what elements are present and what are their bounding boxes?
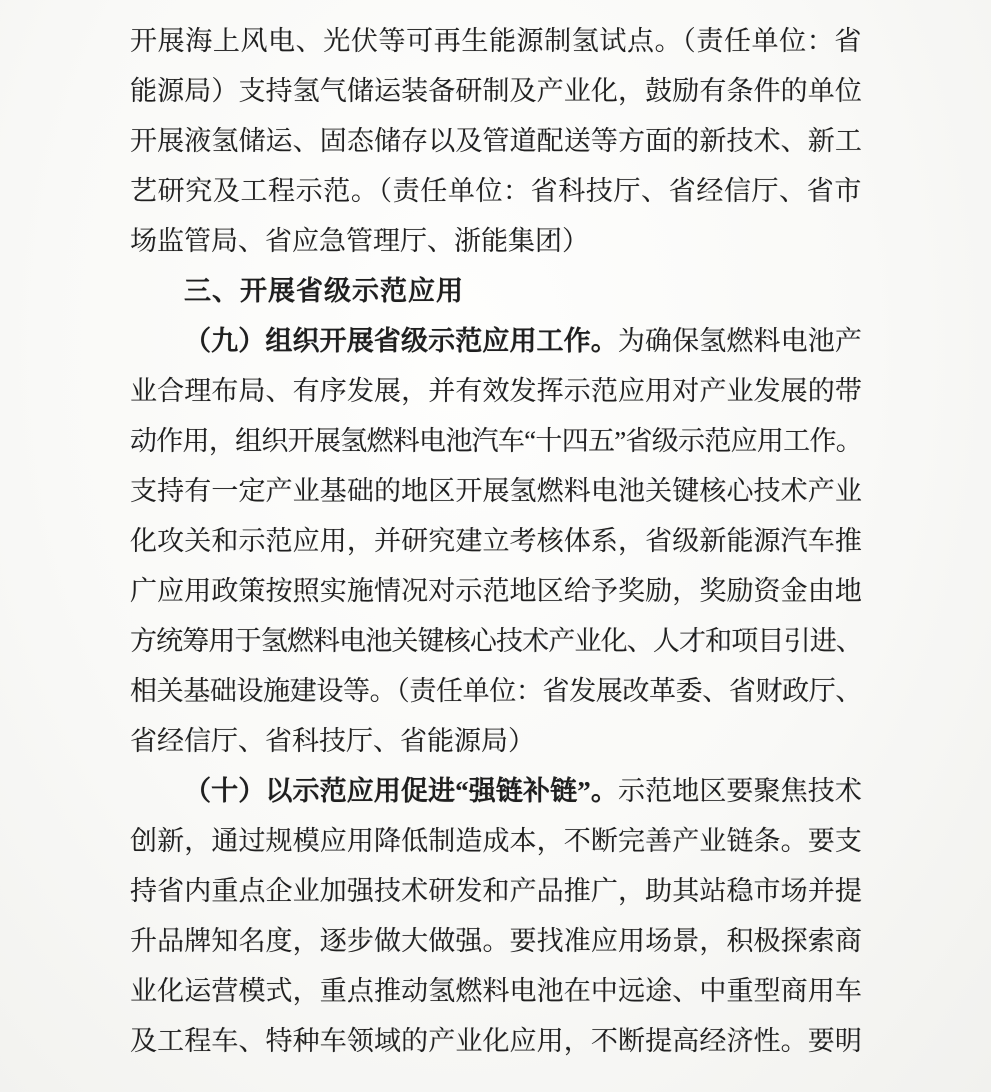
text-segment: 艺研究及工程示范。（责任单位：省科技厅、省经信厅、省市 (130, 176, 862, 206)
text-line: 持省内重点企业加强技术研发和产品推广，助其站稳市场并提 (130, 866, 862, 916)
bold-text-segment: （九）组织开展省级示范应用工作。 (184, 326, 618, 356)
text-line: （十）以示范应用促进“强链补链”。示范地区要聚焦技术 (130, 766, 862, 816)
text-line: 艺研究及工程示范。（责任单位：省科技厅、省经信厅、省市 (130, 166, 862, 216)
text-line: 支持有一定产业基础的地区开展氢燃料电池关键核心技术产业 (130, 466, 862, 516)
document-page: 开展海上风电、光伏等可再生能源制氢试点。（责任单位：省能源局）支持氢气储运装备研… (0, 0, 991, 1092)
document-text-block: 开展海上风电、光伏等可再生能源制氢试点。（责任单位：省能源局）支持氢气储运装备研… (130, 16, 862, 1066)
text-segment: 及工程车、特种车领域的产业化应用，不断提高经济性。要明 (130, 1026, 862, 1056)
text-line: （九）组织开展省级示范应用工作。为确保氢燃料电池产 (130, 316, 862, 366)
text-line: 方统筹用于氢燃料电池关键核心技术产业化、人才和项目引进、 (130, 616, 862, 666)
text-segment: 能源局）支持氢气储运装备研制及产业化，鼓励有条件的单位 (130, 76, 862, 106)
text-line: 及工程车、特种车领域的产业化应用，不断提高经济性。要明 (130, 1016, 862, 1066)
text-line: 业合理布局、有序发展，并有效发挥示范应用对产业发展的带 (130, 366, 862, 416)
text-segment: 业合理布局、有序发展，并有效发挥示范应用对产业发展的带 (130, 376, 862, 406)
text-segment: 升品牌知名度，逐步做大做强。要找准应用场景，积极探索商 (130, 926, 862, 956)
text-line: 化攻关和示范应用，并研究建立考核体系，省级新能源汽车推 (130, 516, 862, 566)
text-line: 场监管局、省应急管理厅、浙能集团） (130, 216, 862, 266)
section-heading: 三、开展省级示范应用 (130, 266, 862, 316)
text-segment: 场监管局、省应急管理厅、浙能集团） (130, 226, 589, 256)
text-line: 创新，通过规模应用降低制造成本，不断完善产业链条。要支 (130, 816, 862, 866)
text-segment: 业化运营模式，重点推动氢燃料电池在中远途、中重型商用车 (130, 976, 862, 1006)
text-segment: 相关基础设施建设等。（责任单位：省发展改革委、省财政厅、 (130, 676, 862, 706)
text-segment: 开展海上风电、光伏等可再生能源制氢试点。（责任单位：省 (130, 26, 862, 56)
text-segment: 开展液氢储运、固态储存以及管道配送等方面的新技术、新工 (130, 126, 862, 156)
text-segment: 动作用，组织开展氢燃料电池汽车“十四五”省级示范应用工作。 (130, 426, 862, 456)
text-line: 业化运营模式，重点推动氢燃料电池在中远途、中重型商用车 (130, 966, 862, 1016)
text-line: 开展液氢储运、固态储存以及管道配送等方面的新技术、新工 (130, 116, 862, 166)
text-segment: 持省内重点企业加强技术研发和产品推广，助其站稳市场并提 (130, 876, 862, 906)
text-line: 动作用，组织开展氢燃料电池汽车“十四五”省级示范应用工作。 (130, 416, 862, 466)
text-segment: 创新，通过规模应用降低制造成本，不断完善产业链条。要支 (130, 826, 862, 856)
bold-text-segment: （十）以示范应用促进“强链补链”。 (184, 776, 618, 806)
text-segment: 化攻关和示范应用，并研究建立考核体系，省级新能源汽车推 (130, 526, 862, 556)
text-line: 能源局）支持氢气储运装备研制及产业化，鼓励有条件的单位 (130, 66, 862, 116)
text-segment: 省经信厅、省科技厅、省能源局） (130, 726, 535, 756)
text-line: 广应用政策按照实施情况对示范地区给予奖励，奖励资金由地 (130, 566, 862, 616)
bold-text-segment: 三、开展省级示范应用 (184, 276, 464, 306)
text-segment: 方统筹用于氢燃料电池关键核心技术产业化、人才和项目引进、 (130, 626, 862, 656)
text-line: 升品牌知名度，逐步做大做强。要找准应用场景，积极探索商 (130, 916, 862, 966)
text-segment: 支持有一定产业基础的地区开展氢燃料电池关键核心技术产业 (130, 476, 862, 506)
text-line: 开展海上风电、光伏等可再生能源制氢试点。（责任单位：省 (130, 16, 862, 66)
text-segment: 为确保氢燃料电池产 (618, 326, 862, 356)
text-line: 省经信厅、省科技厅、省能源局） (130, 716, 862, 766)
text-line: 相关基础设施建设等。（责任单位：省发展改革委、省财政厅、 (130, 666, 862, 716)
text-segment: 示范地区要聚焦技术 (618, 776, 862, 806)
text-segment: 广应用政策按照实施情况对示范地区给予奖励，奖励资金由地 (130, 576, 862, 606)
